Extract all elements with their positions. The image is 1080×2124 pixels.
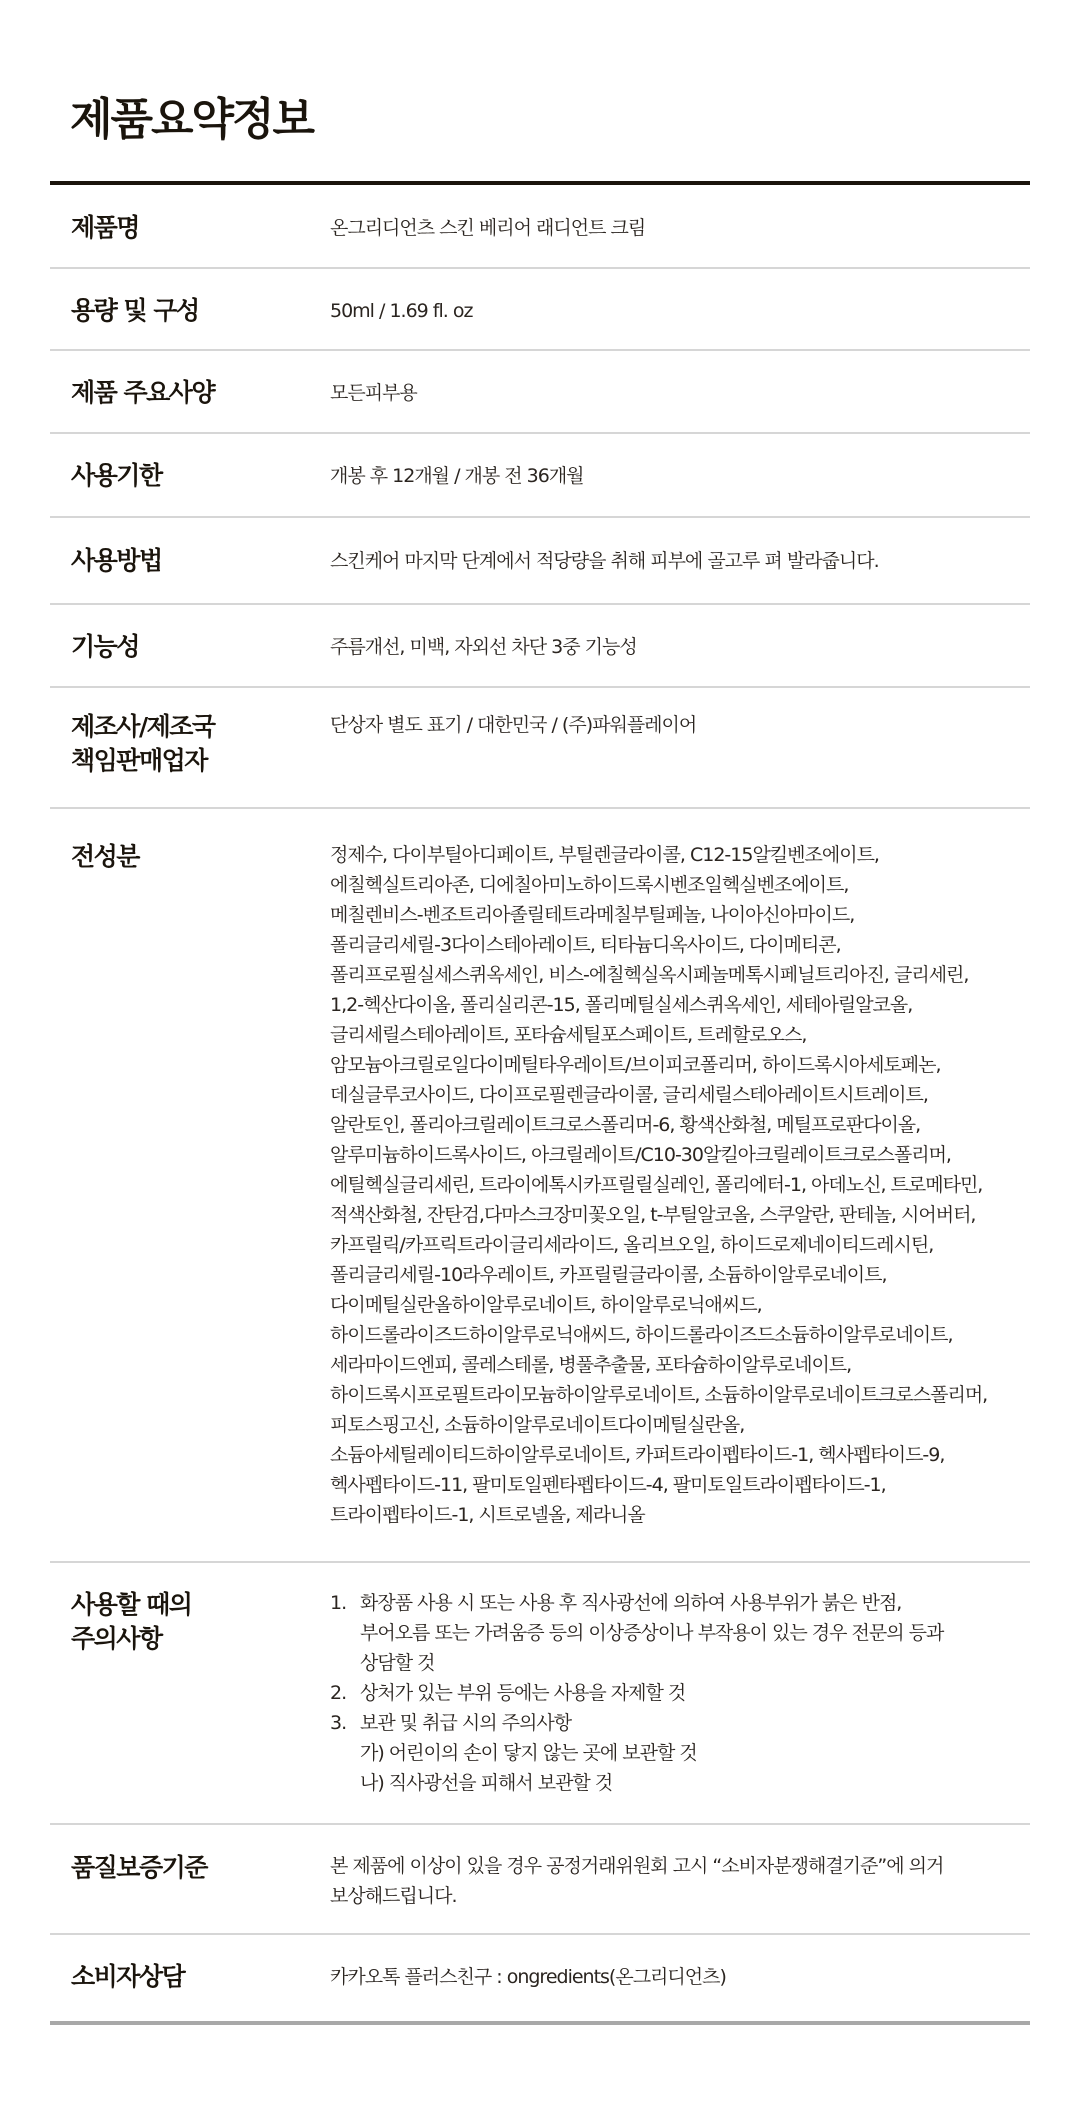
row-quality-assurance: 품질보증기준 본 제품에 이상이 있을 경우 공정거래위원회 고시 “소비자분쟁… [50, 1825, 1030, 1935]
ingredient-line: 에틸헥실글리세린, 트라이에톡시카프릴릴실레인, 폴리에터-1, 아데노신, 트… [330, 1170, 1020, 1200]
row-main-spec: 제품 주요사양 모든피부용 [50, 351, 1030, 434]
ingredient-line: 하이드롤라이즈드하이알루로닉애씨드, 하이드롤라이즈드소듐하이알루로네이트, [330, 1320, 1020, 1350]
ingredient-line: 트라이펩타이드-1, 시트로넬올, 제라니올 [330, 1500, 1020, 1530]
ingredient-line: 헥사펩타이드-11, 팔미토일펜타펩타이드-4, 팔미토일트라이펩타이드-1, [330, 1470, 1020, 1500]
ingredient-line: 폴리글리세릴-3다이스테아레이트, 티타늄디옥사이드, 다이메티콘, [330, 930, 1020, 960]
row-label: 소비자상담 [50, 1960, 330, 2021]
ingredient-line: 하이드록시프로필트라이모늄하이알루로네이트, 소듐하이알루로네이트크로스폴리머, [330, 1380, 1020, 1410]
row-manufacturer: 제조사/제조국 책임판매업자 단상자 별도 표기 / 대한민국 / (주)파워플… [50, 688, 1030, 809]
row-label: 사용방법 [50, 544, 330, 603]
ingredient-line: 카프릴릭/카프릭트라이글리세라이드, 올리브오일, 하이드로제네이티드레시틴, [330, 1230, 1020, 1260]
row-label: 용량 및 구성 [50, 294, 330, 349]
ingredient-line: 세라마이드엔피, 콜레스테롤, 병풀추출물, 포타슘하이알루로네이트, [330, 1350, 1020, 1380]
precaution-item: 1.화장품 사용 시 또는 사용 후 직사광선에 의하여 사용부위가 붉은 반점… [330, 1588, 1020, 1678]
row-value: 모든피부용 [330, 376, 1030, 432]
row-label-line: 제조사/제조국 [71, 710, 330, 744]
row-value: 단상자 별도 표기 / 대한민국 / (주)파워플레이어 [330, 710, 1030, 807]
precaution-number: 3. [330, 1708, 360, 1738]
row-label: 사용할 때의 주의사항 [50, 1588, 330, 1823]
precaution-number: 2. [330, 1678, 360, 1708]
precaution-item: 2.상처가 있는 부위 등에는 사용을 자제할 것 [330, 1678, 1020, 1708]
ingredients-list: 정제수, 다이부틸아디페이트, 부틸렌글라이콜, C12-15알킬벤조에이트,에… [330, 840, 1030, 1561]
precaution-line: 상담할 것 [360, 1648, 1020, 1678]
precaution-text: 화장품 사용 시 또는 사용 후 직사광선에 의하여 사용부위가 붉은 반점,부… [360, 1588, 1020, 1678]
row-value: 본 제품에 이상이 있을 경우 공정거래위원회 고시 “소비자분쟁해결기준”에 … [330, 1851, 1030, 1933]
ingredient-line: 다이메틸실란올하이알루로네이트, 하이알루로닉애씨드, [330, 1290, 1020, 1320]
precaution-sub-item: 나) 직사광선을 피해서 보관할 것 [330, 1768, 1020, 1798]
row-value: 온그리디언츠 스킨 베리어 래디언트 크림 [330, 211, 1030, 267]
precautions-list: 1.화장품 사용 시 또는 사용 후 직사광선에 의하여 사용부위가 붉은 반점… [330, 1588, 1030, 1823]
row-function: 기능성 주름개선, 미백, 자외선 차단 3중 기능성 [50, 605, 1030, 688]
ingredient-line: 폴리프로필실세스퀴옥세인, 비스-에칠헥실옥시페놀메톡시페닐트리아진, 글리세린… [330, 960, 1020, 990]
ingredient-line: 알루미늄하이드록사이드, 아크릴레이트/C10-30알킬아크릴레이트크로스폴리머… [330, 1140, 1020, 1170]
row-label: 품질보증기준 [50, 1851, 330, 1933]
ingredient-line: 1,2-헥산다이올, 폴리실리콘-15, 폴리메틸실세스퀴옥세인, 세테아릴알코… [330, 990, 1020, 1020]
row-label-line: 사용할 때의 [71, 1588, 330, 1622]
ingredient-line: 소듐아세틸레이티드하이알루로네이트, 카퍼트라이펩타이드-1, 헥사펩타이드-9… [330, 1440, 1020, 1470]
row-value: 주름개선, 미백, 자외선 차단 3중 기능성 [330, 630, 1030, 686]
page-title: 제품요약정보 [70, 92, 313, 148]
row-usage: 사용방법 스킨케어 마지막 단계에서 적당량을 취해 피부에 골고루 펴 발라줍… [50, 518, 1030, 605]
ingredient-line: 정제수, 다이부틸아디페이트, 부틸렌글라이콜, C12-15알킬벤조에이트, [330, 840, 1020, 870]
row-expiry: 사용기한 개봉 후 12개월 / 개봉 전 36개월 [50, 434, 1030, 518]
value-line: 본 제품에 이상이 있을 경우 공정거래위원회 고시 “소비자분쟁해결기준”에 … [330, 1851, 1020, 1881]
row-value: 개봉 후 12개월 / 개봉 전 36개월 [330, 459, 1030, 516]
ingredient-line: 에칠헥실트리아존, 디에칠아미노하이드록시벤조일헥실벤조에이트, [330, 870, 1020, 900]
ingredient-line: 글리세릴스테아레이트, 포타슘세틸포스페이트, 트레할로오스, [330, 1020, 1020, 1050]
precaution-line: 상처가 있는 부위 등에는 사용을 자제할 것 [360, 1678, 1020, 1708]
ingredient-line: 알란토인, 폴리아크릴레이트크로스폴리머-6, 황색산화철, 메틸프로판다이올, [330, 1110, 1020, 1140]
ingredient-line: 암모늄아크릴로일다이메틸타우레이트/브이피코폴리머, 하이드록시아세토페논, [330, 1050, 1020, 1080]
ingredient-line: 데실글루코사이드, 다이프로필렌글라이콜, 글리세릴스테아레이트시트레이트, [330, 1080, 1020, 1110]
product-summary-table: 제품명 온그리디언츠 스킨 베리어 래디언트 크림 용량 및 구성 50ml /… [50, 181, 1030, 2025]
precaution-line: 화장품 사용 시 또는 사용 후 직사광선에 의하여 사용부위가 붉은 반점, [360, 1588, 1020, 1618]
ingredient-line: 메칠렌비스-벤조트리아졸릴테트라메칠부틸페놀, 나이아신아마이드, [330, 900, 1020, 930]
ingredient-line: 폴리글리세릴-10라우레이트, 카프릴릴글라이콜, 소듐하이알루로네이트, [330, 1260, 1020, 1290]
row-product-name: 제품명 온그리디언츠 스킨 베리어 래디언트 크림 [50, 185, 1030, 269]
row-precautions: 사용할 때의 주의사항 1.화장품 사용 시 또는 사용 후 직사광선에 의하여… [50, 1563, 1030, 1825]
ingredient-line: 피토스핑고신, 소듐하이알루로네이트다이메틸실란올, [330, 1410, 1020, 1440]
row-label-line: 주의사항 [71, 1622, 330, 1656]
row-value: 50ml / 1.69 fl. oz [330, 294, 1030, 349]
precaution-line: 보관 및 취급 시의 주의사항 [360, 1708, 1020, 1738]
value-line: 보상해드립니다. [330, 1881, 1020, 1911]
row-value: 카카오톡 플러스친구 : ongredients(온그리디언츠) [330, 1960, 1030, 2021]
row-label: 제품 주요사양 [50, 376, 330, 432]
precaution-number: 1. [330, 1588, 360, 1678]
row-label: 전성분 [50, 840, 330, 1561]
precaution-sub-item: 가) 어린이의 손이 닿지 않는 곳에 보관할 것 [330, 1738, 1020, 1768]
precaution-item: 3.보관 및 취급 시의 주의사항 [330, 1708, 1020, 1738]
row-label: 사용기한 [50, 459, 330, 516]
ingredient-line: 적색산화철, 잔탄검,다마스크장미꽃오일, t-부틸알코올, 스쿠알란, 판테놀… [330, 1200, 1020, 1230]
row-value: 스킨케어 마지막 단계에서 적당량을 취해 피부에 골고루 펴 발라줍니다. [330, 544, 1030, 603]
row-label: 기능성 [50, 630, 330, 686]
row-ingredients: 전성분 정제수, 다이부틸아디페이트, 부틸렌글라이콜, C12-15알킬벤조에… [50, 809, 1030, 1563]
row-label: 제품명 [50, 211, 330, 267]
row-volume: 용량 및 구성 50ml / 1.69 fl. oz [50, 269, 1030, 351]
precaution-text: 상처가 있는 부위 등에는 사용을 자제할 것 [360, 1678, 1020, 1708]
row-consumer-consult: 소비자상담 카카오톡 플러스친구 : ongredients(온그리디언츠) [50, 1935, 1030, 2025]
precaution-line: 부어오름 또는 가려움증 등의 이상증상이나 부작용이 있는 경우 전문의 등과 [360, 1618, 1020, 1648]
row-label: 제조사/제조국 책임판매업자 [50, 710, 330, 807]
precaution-text: 보관 및 취급 시의 주의사항 [360, 1708, 1020, 1738]
row-label-line: 책임판매업자 [71, 744, 330, 778]
